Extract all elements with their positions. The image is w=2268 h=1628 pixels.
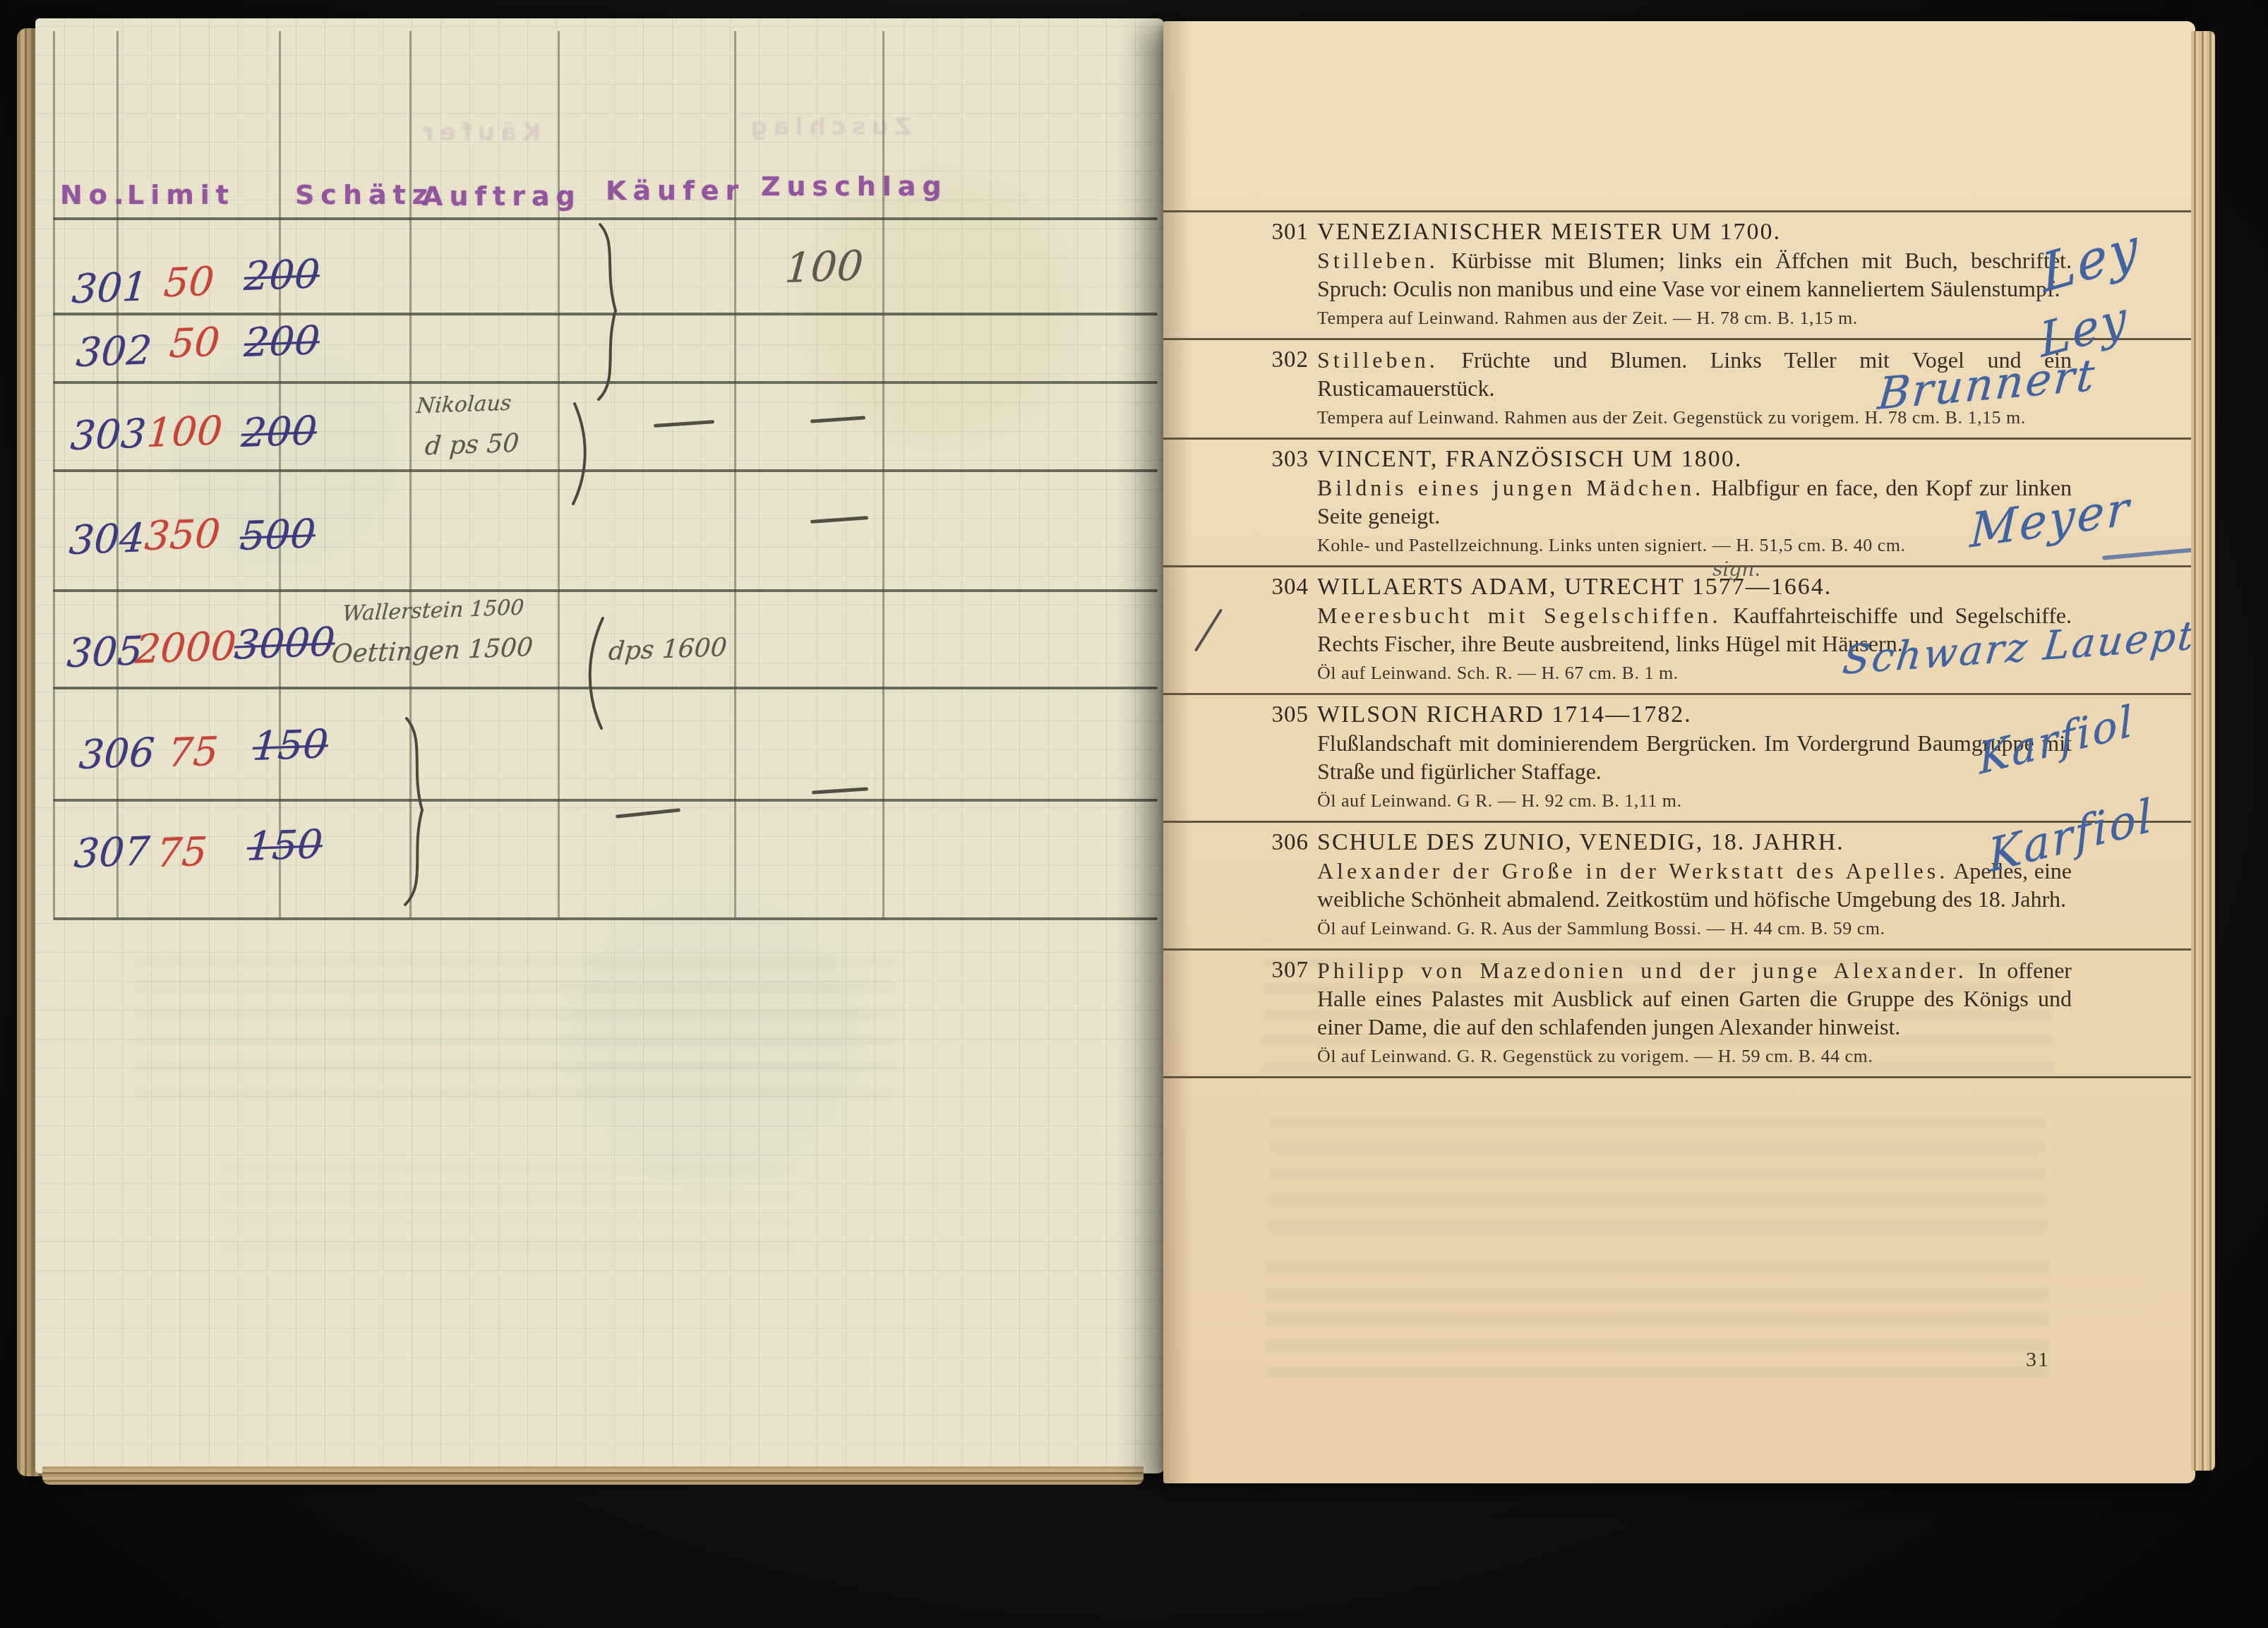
- column-header-kaeufer: Käufer: [606, 175, 745, 206]
- ledger-no-306: 306: [78, 730, 156, 778]
- lot-lead: Alexander der Große in der Werkstatt des…: [1317, 858, 1948, 884]
- ledger-limit-304: 350: [143, 511, 222, 560]
- lot-lead: Stilleben.: [1317, 347, 1439, 373]
- lot-technique: Öl auf Leinwand. G R. — H. 92 cm. B. 1,1…: [1317, 790, 2072, 812]
- ledger-no-307: 307: [73, 828, 151, 877]
- lot-number: 303: [1254, 447, 1309, 473]
- ledger-page: No. Limit Schätz Auftrag Käufer Zuschlag…: [35, 18, 1165, 1473]
- column-header-zuschlag: Zuschlag: [761, 171, 948, 202]
- table-hline: [53, 469, 1158, 472]
- ledger-kaeufer-305: dps 1600: [608, 633, 728, 666]
- ghost-stamp-zuschlag: Zuschlag: [745, 113, 911, 141]
- catalog-page: 301 VENEZIANISCHER MEISTER UM 1700. Stil…: [1163, 21, 2195, 1483]
- ledger-schaetz-303: 200: [240, 408, 318, 457]
- lot-heading: SCHULE DES ZUNIO, VENEDIG, 18. JAHRH.: [1317, 828, 2072, 857]
- ledger-limit-301: 50: [162, 259, 216, 307]
- ledger-auftrag-303-line1: Nikolaus: [416, 391, 512, 419]
- brace-301-302: [592, 220, 627, 404]
- zuschlag-dash-303: [810, 416, 865, 423]
- lot-technique: Kohle- und Pastellzeichnung. Links unten…: [1317, 534, 2072, 557]
- bleed-through-area: [134, 950, 896, 1098]
- lot-description: Flußlandschaft mit dominierendem Bergrüc…: [1317, 729, 2072, 785]
- scanned-book-spread: { "ledger": { "headers": ["No.", "Limit"…: [0, 0, 2268, 1628]
- column-header-auftrag: Auftrag: [422, 181, 582, 212]
- ledger-schaetz-305: 3000: [233, 619, 337, 668]
- pencil-note-sign-304: sign.: [1712, 557, 1760, 581]
- ledger-schaetz-304: 500: [239, 511, 317, 560]
- bleed-through-area: [1262, 939, 2053, 1073]
- table-vline: [734, 31, 736, 917]
- paren-close-303: [569, 401, 594, 507]
- lot-lead: Stilleben.: [1317, 248, 1439, 273]
- lot-body-text: Flußlandschaft mit dominierendem Bergrüc…: [1317, 730, 2072, 784]
- ledger-no-302: 302: [75, 327, 153, 376]
- ledger-limit-305: 2000: [134, 623, 238, 673]
- lot-description: Bildnis eines jungen Mädchen. Halbfigur …: [1317, 474, 2072, 530]
- lot-heading: WILSON RICHARD 1714—1782.: [1317, 701, 2072, 729]
- lot-lead: Bildnis eines jungen Mädchen.: [1317, 475, 1704, 500]
- ledger-zuschlag-301-302: 100: [784, 241, 865, 292]
- ledger-schaetz-307: 150: [246, 821, 324, 870]
- lot-heading: VENEZIANISCHER MEISTER UM 1700.: [1317, 218, 2072, 246]
- lot-number: 305: [1254, 702, 1309, 728]
- table-hline: [53, 917, 1158, 920]
- ledger-limit-303: 100: [145, 408, 224, 457]
- bleed-through-area: [1269, 1108, 2046, 1231]
- ghost-stamp-kaeufer: Käufer: [416, 119, 541, 147]
- column-header-no: No.: [60, 179, 130, 210]
- lot-heading: VINCENT, FRANZÖSISCH UM 1800.: [1317, 445, 2072, 474]
- zuschlag-dash-304: [810, 516, 868, 524]
- ledger-auftrag-303-line2: d ps 50: [424, 429, 520, 462]
- lot-heading: WILLAERTS ADAM, UTRECHT 1577—1664.: [1317, 573, 2072, 601]
- table-vline: [882, 31, 884, 917]
- lot-number: 301: [1254, 219, 1309, 246]
- kaeufer-dash-303: [654, 420, 714, 428]
- lot-lead: Meeresbucht mit Segelschiffen.: [1317, 603, 1722, 628]
- ledger-schaetz-302: 200: [243, 318, 321, 366]
- zuschlag-dash-307: [812, 787, 868, 795]
- ledger-auftrag-305-line2: Oettingen 1500: [331, 633, 534, 669]
- ledger-schaetz-301: 200: [243, 251, 321, 300]
- table-hline: [53, 799, 1158, 802]
- ledger-limit-302: 50: [168, 320, 222, 368]
- table-hline: [53, 589, 1158, 592]
- table-vline: [558, 31, 560, 917]
- table-vline: [53, 31, 55, 917]
- column-header-limit: Limit: [127, 179, 235, 210]
- ledger-limit-306: 75: [167, 729, 220, 777]
- kaeufer-dash-307: [616, 808, 680, 819]
- catalog-page-stack-edge: [2191, 31, 2215, 1471]
- paren-open-305: [580, 615, 608, 732]
- table-vline: [279, 31, 281, 917]
- ledger-no-305: 305: [66, 628, 144, 677]
- ledger-limit-307: 75: [155, 829, 209, 877]
- lot-technique: Öl auf Leinwand. G. R. Aus der Sammlung …: [1317, 917, 2072, 940]
- table-vline: [116, 31, 119, 917]
- lot-number: 304: [1254, 574, 1309, 601]
- ledger-no-301: 301: [71, 264, 149, 313]
- ledger-no-304: 304: [68, 515, 146, 564]
- column-header-schaetz: Schätz: [295, 179, 434, 210]
- bleed-through-area: [219, 1147, 798, 1253]
- lot-technique: Tempera auf Leinwand. Rahmen aus der Zei…: [1317, 307, 2072, 330]
- lot-description: Alexander der Große in der Werkstatt des…: [1317, 857, 2072, 913]
- lot-number: 306: [1254, 830, 1309, 856]
- lot-number: 302: [1254, 347, 1309, 373]
- ledger-no-303: 303: [69, 411, 148, 459]
- ledger-schaetz-306: 150: [251, 721, 330, 770]
- lot-description: Stilleben. Kürbisse mit Blumen; links ei…: [1317, 246, 2072, 303]
- bleed-through-area: [1266, 1258, 2049, 1377]
- brace-306-307: [397, 714, 435, 909]
- ledger-bottom-page-edges: [42, 1466, 1144, 1485]
- ledger-auftrag-305-line1: Wallerstein 1500: [342, 595, 525, 626]
